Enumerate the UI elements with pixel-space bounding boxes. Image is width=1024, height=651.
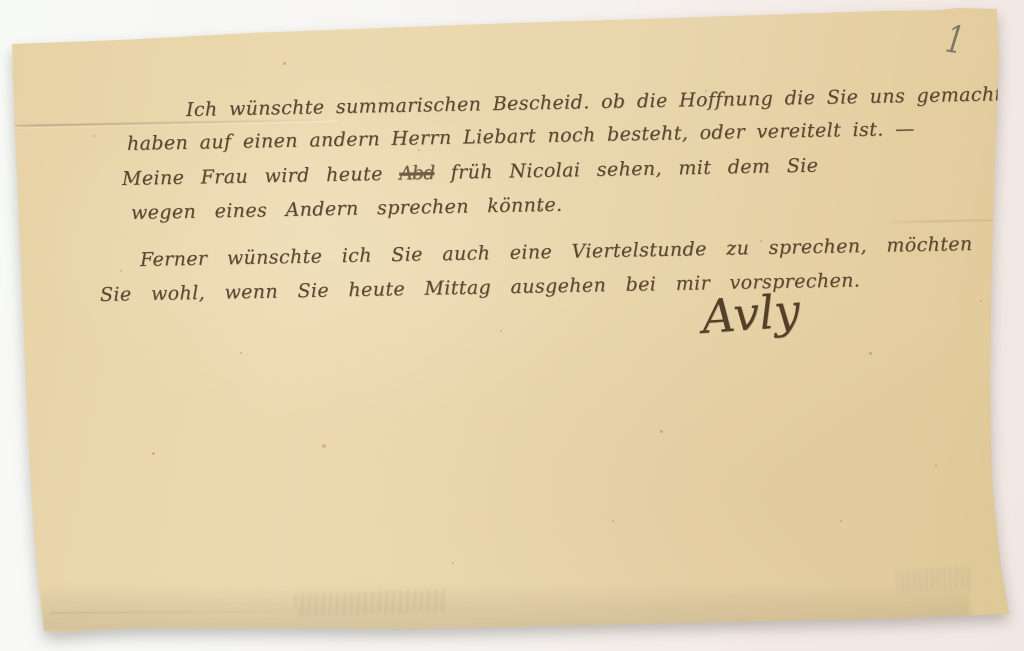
foxing-spot xyxy=(322,444,326,448)
foxing-spot xyxy=(612,520,614,522)
signature: Avly xyxy=(700,283,802,344)
page-number-pencil-mark: 1 xyxy=(943,17,971,64)
foxing-spot xyxy=(120,270,122,272)
foxing-spot xyxy=(869,352,872,355)
letter-line-5: Ferner wünschte ich Sie auch eine Vierte… xyxy=(140,233,973,271)
foxing-spot xyxy=(283,62,286,65)
paper-crease xyxy=(0,119,338,127)
foxing-spot xyxy=(660,430,663,433)
bleedthrough-smudge xyxy=(895,566,972,592)
scanned-letter-page: Ich wünschte summarischen Bescheid. ob d… xyxy=(0,0,1024,651)
paper-sheet: Ich wünschte summarischen Bescheid. ob d… xyxy=(0,0,1024,651)
foxing-spot xyxy=(152,452,155,455)
foxing-spot xyxy=(240,352,242,354)
struck-out-word: Abd xyxy=(399,162,434,185)
letter-line-2: haben auf einen andern Herrn Liebart noc… xyxy=(127,118,915,155)
paper-stain xyxy=(40,584,970,632)
foxing-spot xyxy=(500,330,502,332)
letter-line-3-text: Meine Frau wird heute xyxy=(122,163,383,190)
paper-crease xyxy=(876,219,1024,224)
foxing-spot xyxy=(452,562,454,564)
letter-line-1: Ich wünschte summarischen Bescheid. ob d… xyxy=(186,83,1003,121)
foxing-spot xyxy=(93,135,95,137)
foxing-spot xyxy=(935,465,937,467)
foxing-spot xyxy=(980,300,982,302)
letter-line-3: Meine Frau wird heute Abd früh Nicolai s… xyxy=(122,155,819,190)
letter-line-4: wegen eines Andern sprechen könnte. xyxy=(131,194,563,224)
letter-line-3-text: früh Nicolai sehen, mit dem Sie xyxy=(450,155,818,184)
foxing-spot xyxy=(840,520,842,522)
